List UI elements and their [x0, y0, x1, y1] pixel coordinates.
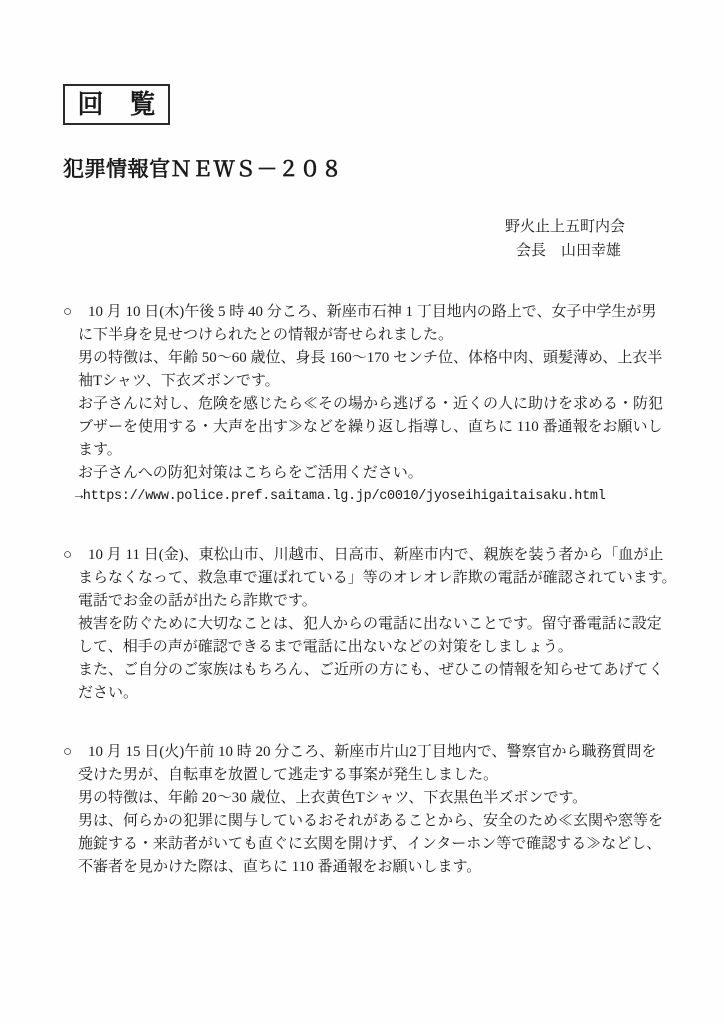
police-safety-url: →https://www.police.pref.saitama.lg.jp/c… — [75, 485, 683, 508]
text-line: ブザーを使用する・大声を出す≫などを繰り返し指導し、直ちに 110 番通報をお願… — [78, 416, 683, 439]
text-line: 男の特徴は、年齢 50～60 歳位、身長 160～170 センチ位、体格中肉、頭… — [78, 347, 683, 370]
item-bullet-icon: ○ — [63, 741, 78, 764]
text-line: 男は、何らかの犯罪に関与しているおそれがあることから、安全のため≪玄関や窓等を — [78, 810, 683, 833]
scanned-notice-page: 回 覧 犯罪情報官ＮＥＷＳ－２０８ 野火止上五町内会 会長 山田幸雄 ○ 10 … — [0, 0, 724, 1024]
text-line: 受けた男が、自転車を放置して逃走する事案が発生しました。 — [78, 764, 683, 787]
notice-list: ○ 10 月 10 日(木)午後 5 時 40 分ころ、新座市石神 1 丁目地内… — [63, 301, 683, 879]
text-line: 施錠する・来訪者がいても直ぐに玄関を開けず、インターホン等で確認する≫などし、 — [78, 833, 683, 856]
sender-representative: 会長 山田幸雄 — [505, 239, 625, 263]
text-line: まらなくなって、救急車で運ばれている」等のオレオレ詐欺の電話が確認されています。 — [78, 567, 683, 590]
text-line: 10 月 15 日(火)午前 10 時 20 分ころ、新座市片山2丁目地内で、警… — [78, 741, 683, 764]
item-bullet-icon: ○ — [63, 544, 78, 567]
text-line: 袖Tシャツ、下衣ズボンです。 — [78, 370, 683, 393]
circulation-stamp-label: 回 覧 — [77, 92, 155, 118]
text-line: お子さんに対し、危険を感じたら≪その場から逃げる・近くの人に助けを求める・防犯 — [78, 393, 683, 416]
item-bullet-icon: ○ — [63, 301, 78, 324]
text-line: 不審者を見かけた際は、直ちに 110 番通報をお願いします。 — [78, 856, 683, 879]
text-line: 被害を防ぐために大切なことは、犯人からの電話に出ないことです。留守番電話に設定 — [78, 613, 683, 636]
text-line: ます。 — [78, 439, 683, 462]
text-line: 10 月 11 日(金)、東松山市、川越市、日高市、新座市内で、親族を装う者から… — [78, 544, 683, 567]
notice-item-phone-scam: ○ 10 月 11 日(金)、東松山市、川越市、日高市、新座市内で、親族を装う者… — [63, 544, 683, 705]
text-line: して、相手の声が確認できるまで電話に出ないなどの対策をしましょう。 — [78, 636, 683, 659]
notice-item-fleeing-suspect: ○ 10 月 15 日(火)午前 10 時 20 分ころ、新座市片山2丁目地内で… — [63, 741, 683, 879]
circulation-stamp-box: 回 覧 — [63, 84, 170, 125]
text-line: に下半身を見せつけられたとの情報が寄せられました。 — [78, 324, 683, 347]
sender-block: 野火止上五町内会 会長 山田幸雄 — [505, 215, 625, 263]
sender-organization: 野火止上五町内会 — [505, 215, 625, 239]
text-line: お子さんへの防犯対策はこちらをご活用ください。 — [78, 462, 683, 485]
document-title: 犯罪情報官ＮＥＷＳ－２０８ — [63, 153, 343, 183]
text-line: 電話でお金の話が出たら詐欺です。 — [78, 590, 683, 613]
text-line: 10 月 10 日(木)午後 5 時 40 分ころ、新座市石神 1 丁目地内の路… — [78, 301, 683, 324]
text-line: 男の特徴は、年齢 20～30 歳位、上衣黄色Tシャツ、下衣黒色半ズボンです。 — [78, 787, 683, 810]
text-line: また、ご自分のご家族はもちろん、ご近所の方にも、ぜひこの情報を知らせてあげてく — [78, 659, 683, 682]
notice-item-exposure-incident: ○ 10 月 10 日(木)午後 5 時 40 分ころ、新座市石神 1 丁目地内… — [63, 301, 683, 508]
text-line: ださい。 — [78, 682, 683, 705]
